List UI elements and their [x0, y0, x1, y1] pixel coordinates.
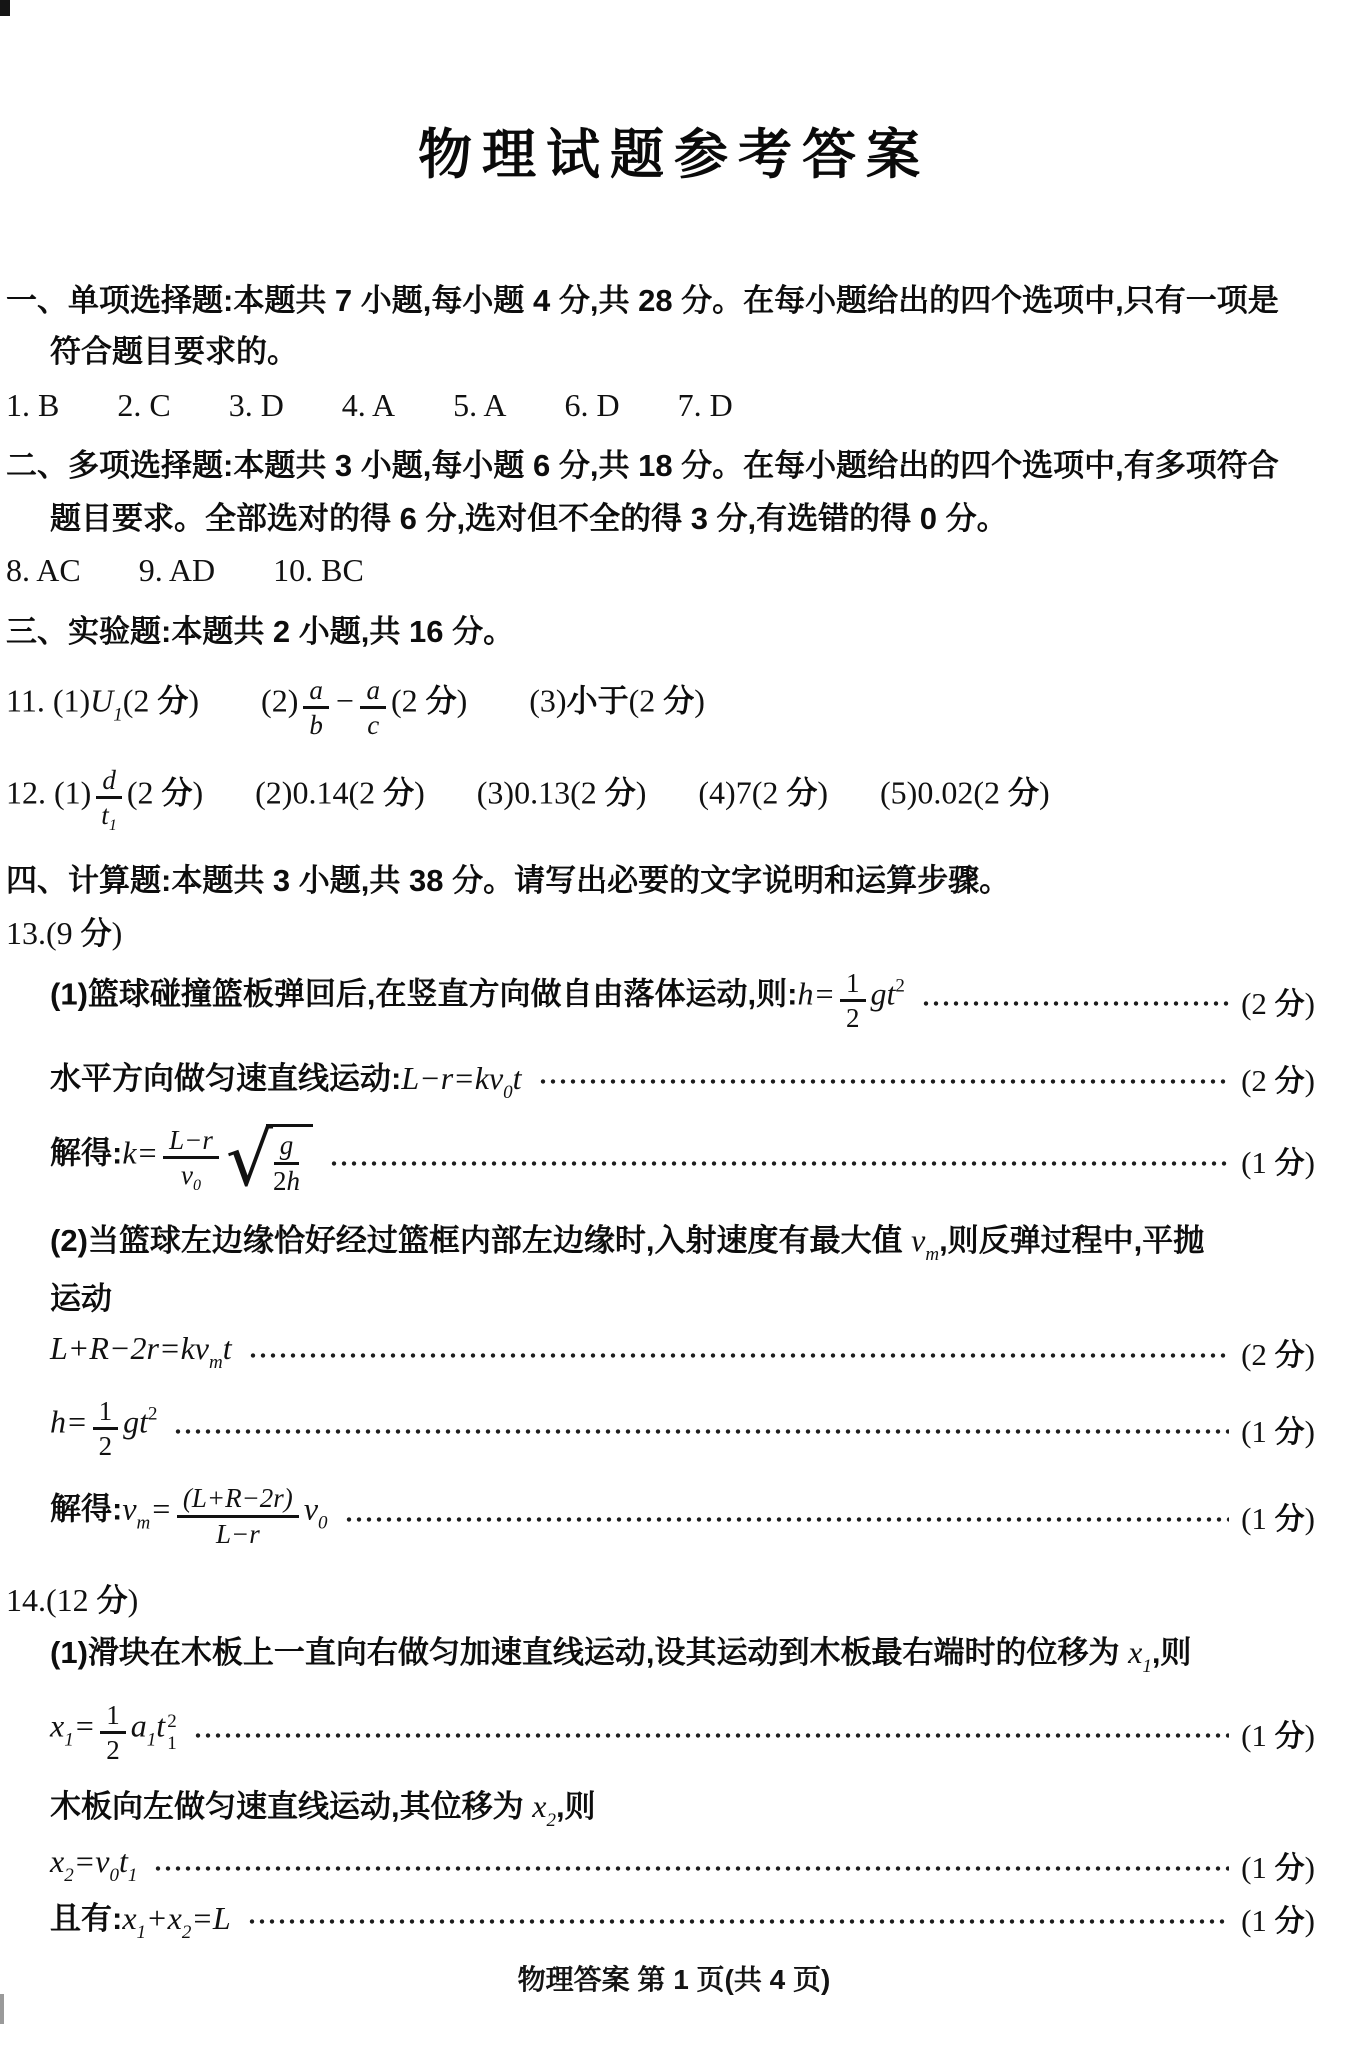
question-14-step-2: x2=v0t1(1 分) [50, 1843, 1315, 1887]
formula-token: (1 [1241, 1718, 1275, 1753]
formula-token: 1 [109, 817, 117, 834]
formula-token: (2 [123, 682, 158, 718]
section-2-header-text-2: 题目要求。全部选对的得 6 分,选对但不全的得 3 分,有选错的得 0 分。 [50, 493, 1008, 538]
formula-token: (2 [1241, 986, 1275, 1021]
formula-token: (3) [529, 682, 566, 718]
formula-token: 分 [426, 683, 457, 718]
formula-token: c [367, 710, 379, 740]
formula-token: m [209, 1352, 223, 1373]
formula-token: ) [1305, 1337, 1315, 1372]
formula-token: 分 [157, 683, 188, 718]
formula-content: (2)当篮球左边缘恰好经过篮框内部左边缘时,入射速度有最大值 vm,则反弹过程中… [50, 1215, 1204, 1266]
formula-token: 11. (1) [6, 682, 90, 718]
section-3-header-text: 三、实验题:本题共 2 小题,共 16 分。 [6, 606, 514, 651]
formula-content: h=12gt2 [50, 1396, 157, 1461]
formula-token: 1 [106, 1700, 120, 1730]
question-13-step-2: 水平方向做匀速直线运动:L−r=kv0t(2 分) [50, 1056, 1315, 1100]
formula-token: t [119, 1843, 128, 1879]
formula-token: 2 [148, 1403, 158, 1424]
section-1-header-line-2: 符合题目要求的。 [50, 326, 1315, 370]
question-13-step-3: 解得:k=L−rv0√g2h(1 分) [50, 1105, 1315, 1215]
answer-item-2: 2. C [117, 387, 170, 424]
formula-token: (1 [1241, 1903, 1275, 1938]
formula-token: (1 [1241, 1145, 1275, 1180]
formula-token: (2)当篮球左边缘恰好经过篮框内部左边缘时,入射速度有最大值 [50, 1223, 911, 1258]
section-1-header-text-1: 一、单项选择题:本题共 7 小题,每小题 4 分,共 28 分。在每小题给出的四… [6, 275, 1279, 320]
score-label: (2 分) [1241, 979, 1315, 1023]
formula-token: a [131, 1707, 147, 1743]
formula-token: ) [694, 682, 705, 718]
formula-token: a [366, 675, 380, 705]
answer-item-9: 9. AD [139, 552, 215, 589]
square-root: √g2h [226, 1124, 313, 1195]
superscript: 2 [167, 1712, 177, 1731]
fraction: 12 [840, 968, 866, 1033]
formula-token: x [50, 1843, 64, 1879]
formula-content: L+R−2r=kvmt [50, 1330, 232, 1374]
formula-token: 水平方向做匀速直线运动: [50, 1061, 401, 1096]
fraction-numerator: a [303, 675, 329, 709]
fraction-numerator: (L+R−2r) [177, 1483, 299, 1517]
dot-leader [344, 1515, 1230, 1524]
formula-token: 2 [846, 1003, 860, 1033]
formula-token: 2 [546, 1810, 556, 1831]
fraction-numerator: 1 [93, 1396, 119, 1430]
score-label: (2 分) [1241, 1330, 1315, 1374]
formula-content: 12. (1)dt1(2 分)(2)0.14(2 分)(3)0.13(2 分)(… [6, 765, 1050, 835]
formula-token: v [181, 1160, 193, 1190]
formula-token: (2 [127, 775, 162, 811]
formula-token: ) [1305, 1850, 1315, 1885]
formula-token: 分 [1275, 1339, 1305, 1372]
formula-token: (L+R−2r) [183, 1483, 293, 1513]
question-13-part-2-text-1: (2)当篮球左边缘恰好经过篮框内部左边缘时,入射速度有最大值 vm,则反弹过程中… [50, 1218, 1315, 1262]
fraction: g2h [273, 1130, 300, 1195]
formula-token: v [122, 1491, 136, 1527]
question-13-step-6: 解得:vm=(L+R−2r)L−rv0(1 分) [50, 1461, 1315, 1571]
fraction-denominator: t1 [101, 799, 117, 835]
dot-leader [193, 1731, 1229, 1740]
page-title: 物理试题参考答案 [0, 112, 1348, 172]
formula-token: 木板向左做匀速直线运动,其位移为 [50, 1789, 532, 1824]
formula-token: (1 [1241, 1414, 1275, 1449]
dot-leader [173, 1427, 1229, 1436]
formula-token: (1)滑块在木板上一直向右做匀加速直线运动,设其运动到木板最右端时的位移为 [50, 1635, 1128, 1670]
formula-content: 解得:vm=(L+R−2r)L−rv0 [50, 1483, 328, 1548]
formula-token: ) [1305, 1145, 1315, 1180]
question-14-heading: 14.(12 分) [6, 1575, 1315, 1619]
formula-token: m [925, 1244, 939, 1265]
formula-token: h= [50, 1403, 88, 1439]
fraction: ac [360, 675, 386, 740]
formula-token: a [309, 675, 323, 705]
formula-token: 分 [786, 776, 817, 811]
fraction: 12 [100, 1700, 126, 1765]
fraction-denominator: 2 [106, 1734, 120, 1765]
formula-token: 分 [605, 776, 636, 811]
formula-token: (2)0.14(2 [255, 775, 383, 811]
formula-content: 解得:k=L−rv0√g2h [50, 1124, 313, 1195]
question-12-answers: 12. (1)dt1(2 分)(2)0.14(2 分)(3)0.13(2 分)(… [6, 750, 1315, 850]
answer-item-7: 7. D [678, 387, 733, 424]
formula-token: b [309, 710, 323, 740]
subscript: 1 [167, 1734, 177, 1753]
score-label: (1 分) [1241, 1711, 1315, 1755]
formula-token: ) [1305, 1063, 1315, 1098]
formula-token: 0 [503, 1082, 513, 1103]
fraction-numerator: 1 [840, 968, 866, 1002]
formula-token: (1 [1241, 1501, 1275, 1536]
fraction: 12 [93, 1396, 119, 1461]
formula-token: 分 [1008, 776, 1039, 811]
section-4-header-text: 四、计算题:本题共 3 小题,共 38 分。请写出必要的文字说明和运算步骤。 [6, 855, 1010, 900]
formula-token: 13.(9 [6, 915, 81, 951]
formula-token: 分 [1275, 1905, 1305, 1938]
section-2-header-line-1: 二、多项选择题:本题共 3 小题,每小题 6 分,共 18 分。在每小题给出的四… [6, 440, 1315, 484]
question-11-answers: 11. (1)U1(2 分)(2)ab−ac(2 分)(3)小于(2 分) [6, 660, 1315, 755]
formula-token: 0 [318, 1513, 328, 1534]
formula-content: 木板向左做匀速直线运动,其位移为 x2,则 [50, 1781, 596, 1832]
formula-token: x [122, 1900, 136, 1936]
question-13-heading: 13.(9 分) [6, 908, 1315, 952]
answer-item-1: 1. B [6, 387, 59, 424]
formula-token: U [90, 682, 113, 718]
formula-token: 解得: [50, 1492, 122, 1527]
fraction: (L+R−2r)L−r [177, 1483, 299, 1548]
formula-content: 且有:x1+x2=L [50, 1893, 231, 1944]
formula-token: ,则 [1152, 1635, 1192, 1670]
formula-token: 1 [64, 1729, 74, 1750]
formula-token: 0 [110, 1865, 120, 1886]
formula-token: ) [1305, 1501, 1315, 1536]
formula-token: 2 [182, 1922, 192, 1943]
formula-token: (3)0.13(2 [477, 775, 605, 811]
question-14-step-3: 且有:x1+x2=L(1 分) [50, 1896, 1315, 1940]
dot-leader [921, 999, 1229, 1008]
score-label: (1 分) [1241, 1843, 1315, 1887]
formula-token: 1 [128, 1865, 138, 1886]
formula-token: (2 [629, 682, 664, 718]
formula-token: 14.(12 [6, 1582, 97, 1618]
answer-item-3: 3. D [229, 387, 284, 424]
formula-token: 1 [99, 1396, 113, 1426]
fraction-denominator: b [309, 709, 323, 740]
formula-token: 分 [1275, 1147, 1305, 1180]
dot-leader [248, 1351, 1229, 1360]
question-14-part-1-text: (1)滑块在木板上一直向右做匀加速直线运动,设其运动到木板最右端时的位移为 x1… [50, 1630, 1315, 1674]
formula-token: ,则反弹过程中,平抛 [939, 1223, 1204, 1258]
formula-token: 1 [846, 968, 860, 998]
formula-content: (1)篮球碰撞篮板弹回后,在竖直方向做自由落体运动,则:h=12gt2 [50, 968, 905, 1033]
formula-token: v [911, 1222, 925, 1258]
formula-token: 分 [663, 683, 694, 718]
formula-content: 水平方向做匀速直线运动:L−r=kv0t [50, 1053, 522, 1104]
formula-token: 运动 [50, 1281, 112, 1316]
dot-leader [247, 1917, 1229, 1926]
fraction-denominator: v0 [181, 1159, 201, 1195]
formula-token: =L [191, 1900, 230, 1936]
formula-token: (1 [1241, 1850, 1275, 1885]
formula-token: 且有: [50, 1901, 122, 1936]
radicand: g2h [266, 1124, 313, 1195]
section-2-answers-row: 8. AC 9. AD 10. BC [6, 548, 1315, 592]
formula-token: 分 [1275, 1503, 1305, 1536]
fraction-numerator: 1 [100, 1700, 126, 1734]
question-13-step-1: (1)篮球碰撞篮板弹回后,在竖直方向做自由落体运动,则:h=12gt2(2 分) [50, 953, 1315, 1048]
formula-content: 13.(9 分) [6, 908, 122, 953]
formula-content: x1=12a1t21 [50, 1700, 177, 1765]
formula-token: t [101, 800, 109, 830]
formula-token: 1 [1142, 1656, 1152, 1677]
formula-token: 2 [99, 1431, 113, 1461]
formula-token: 1 [113, 704, 123, 725]
formula-token: 分 [97, 1583, 128, 1618]
formula-token: 2 [106, 1735, 120, 1765]
formula-token: +x [146, 1900, 182, 1936]
section-2-header-text-1: 二、多项选择题:本题共 3 小题,每小题 6 分,共 18 分。在每小题给出的四… [6, 440, 1279, 485]
formula-token: 分 [383, 776, 414, 811]
score-label: (1 分) [1241, 1407, 1315, 1451]
score-label: (1 分) [1241, 1138, 1315, 1182]
formula-token: gt [871, 975, 896, 1011]
formula-token: 2 [64, 1865, 74, 1886]
formula-token: d [102, 765, 116, 795]
question-13-part-2-text-2: 运动 [50, 1273, 1315, 1317]
fraction: L−rv0 [163, 1125, 219, 1195]
formula-token: t [156, 1707, 165, 1743]
answer-item-5: 5. A [453, 387, 506, 424]
formula-token: g [280, 1130, 294, 1160]
formula-token: ) [414, 775, 425, 811]
formula-token: 12. (1) [6, 775, 91, 811]
answer-item-10: 10. BC [273, 552, 364, 589]
formula-token: ) [457, 682, 468, 718]
formula-token: 分 [1275, 988, 1305, 1021]
formula-content: 运动 [50, 1273, 112, 1318]
question-13-step-4: L+R−2r=kvmt(2 分) [50, 1330, 1315, 1374]
formula-token: ) [188, 682, 199, 718]
fraction-denominator: 2 [846, 1002, 860, 1033]
formula-token: L−r=kv [401, 1060, 503, 1096]
formula-content: x2=v0t1 [50, 1843, 137, 1887]
formula-token: 1 [147, 1729, 157, 1750]
formula-token: ) [1305, 1414, 1315, 1449]
formula-content: (1)滑块在木板上一直向右做匀加速直线运动,设其运动到木板最右端时的位移为 x1… [50, 1627, 1191, 1678]
fraction-numerator: L−r [163, 1125, 219, 1159]
fraction: dt1 [96, 765, 122, 835]
dot-leader [329, 1159, 1229, 1168]
formula-token: gt [123, 1403, 148, 1439]
formula-content: 11. (1)U1(2 分)(2)ab−ac(2 分)(3)小于(2 分) [6, 675, 705, 740]
formula-token: m [137, 1513, 151, 1534]
fraction-denominator: 2h [273, 1165, 300, 1196]
formula-token: (2 [391, 682, 426, 718]
formula-token: (1)篮球碰撞篮板弹回后,在竖直方向做自由落体运动,则: [50, 976, 797, 1011]
section-1-answers-row: 1. B 2. C 3. D 4. A 5. A 6. D 7. D [6, 383, 1315, 427]
formula-token: ) [817, 775, 828, 811]
formula-token: 解得: [50, 1136, 122, 1171]
formula-token: x [532, 1788, 546, 1824]
fraction: ab [303, 675, 329, 740]
fraction-numerator: g [274, 1130, 300, 1164]
formula-token: ) [1039, 775, 1050, 811]
formula-token: 分 [1275, 1065, 1305, 1098]
formula-token: ) [1305, 1718, 1315, 1753]
answer-item-6: 6. D [564, 387, 619, 424]
formula-token: (2 [1241, 1063, 1275, 1098]
formula-token: 分 [1275, 1720, 1305, 1753]
section-1-header-text-2: 符合题目要求的。 [50, 326, 298, 371]
formula-token: v [304, 1491, 318, 1527]
formula-token: (2 [1241, 1337, 1275, 1372]
section-2-header-line-2: 题目要求。全部选对的得 6 分,选对但不全的得 3 分,有选错的得 0 分。 [50, 493, 1315, 537]
score-label: (1 分) [1241, 1494, 1315, 1538]
score-label: (1 分) [1241, 1896, 1315, 1940]
question-14-step-1: x1=12a1t21(1 分) [50, 1685, 1315, 1780]
formula-token: = [150, 1491, 172, 1527]
scan-artifact-top-left [0, 0, 10, 16]
formula-content: 14.(12 分) [6, 1575, 138, 1620]
section-1-header-line-1: 一、单项选择题:本题共 7 小题,每小题 4 分,共 28 分。在每小题给出的四… [6, 275, 1315, 319]
formula-token: h [287, 1166, 301, 1196]
scan-artifact-bottom-left [0, 1994, 4, 2024]
formula-token: 分 [1275, 1416, 1305, 1449]
formula-token: ) [128, 1582, 139, 1618]
formula-token: 小于 [567, 683, 629, 718]
fraction-numerator: a [360, 675, 386, 709]
formula-token: t [223, 1330, 232, 1366]
answer-item-4: 4. A [342, 387, 395, 424]
formula-token: (5)0.02(2 [880, 775, 1008, 811]
formula-token: k= [122, 1135, 158, 1171]
section-4-header: 四、计算题:本题共 3 小题,共 38 分。请写出必要的文字说明和运算步骤。 [6, 855, 1315, 899]
fraction-denominator: 2 [99, 1430, 113, 1461]
formula-token: L+R−2r=kv [50, 1330, 209, 1366]
formula-token: x [50, 1707, 64, 1743]
formula-token: (2) [261, 682, 298, 718]
formula-token: = [74, 1707, 96, 1743]
fraction-denominator: L−r [216, 1518, 260, 1549]
fraction-numerator: d [96, 765, 122, 799]
formula-token: x [1128, 1634, 1142, 1670]
formula-token: 2 [895, 975, 905, 996]
formula-token: h= [797, 975, 835, 1011]
formula-token: L−r [216, 1519, 260, 1549]
formula-token: t [513, 1060, 522, 1096]
section-3-header: 三、实验题:本题共 2 小题,共 16 分。 [6, 606, 1315, 650]
formula-token: − [334, 682, 356, 718]
formula-token: L−r [169, 1125, 213, 1155]
formula-token: ) [636, 775, 647, 811]
question-14-part-1-text-2: 木板向左做匀速直线运动,其位移为 x2,则 [50, 1784, 1315, 1828]
formula-token: ) [112, 915, 123, 951]
formula-token: 1 [137, 1922, 147, 1943]
formula-token: ) [1305, 1903, 1315, 1938]
answer-key-page: 物理试题参考答案 一、单项选择题:本题共 7 小题,每小题 4 分,共 28 分… [0, 0, 1348, 2048]
page-footer: 物理答案 第 1 页(共 4 页) [0, 1958, 1348, 1998]
formula-token: =v [74, 1843, 110, 1879]
formula-token: 分 [1275, 1852, 1305, 1885]
formula-token: ) [192, 775, 203, 811]
formula-token: 分 [81, 916, 112, 951]
dot-leader [538, 1077, 1230, 1086]
formula-token: (4)7(2 [698, 775, 786, 811]
fraction-denominator: c [367, 709, 379, 740]
formula-token: ,则 [556, 1789, 596, 1824]
score-label: (2 分) [1241, 1056, 1315, 1100]
answer-item-8: 8. AC [6, 552, 81, 589]
formula-token: 2 [273, 1166, 287, 1196]
formula-token: 分 [161, 776, 192, 811]
stacked-sub-sup: 21 [167, 1712, 177, 1753]
formula-token: 0 [193, 1177, 201, 1194]
dot-leader [153, 1864, 1229, 1873]
formula-token: ) [1305, 986, 1315, 1021]
